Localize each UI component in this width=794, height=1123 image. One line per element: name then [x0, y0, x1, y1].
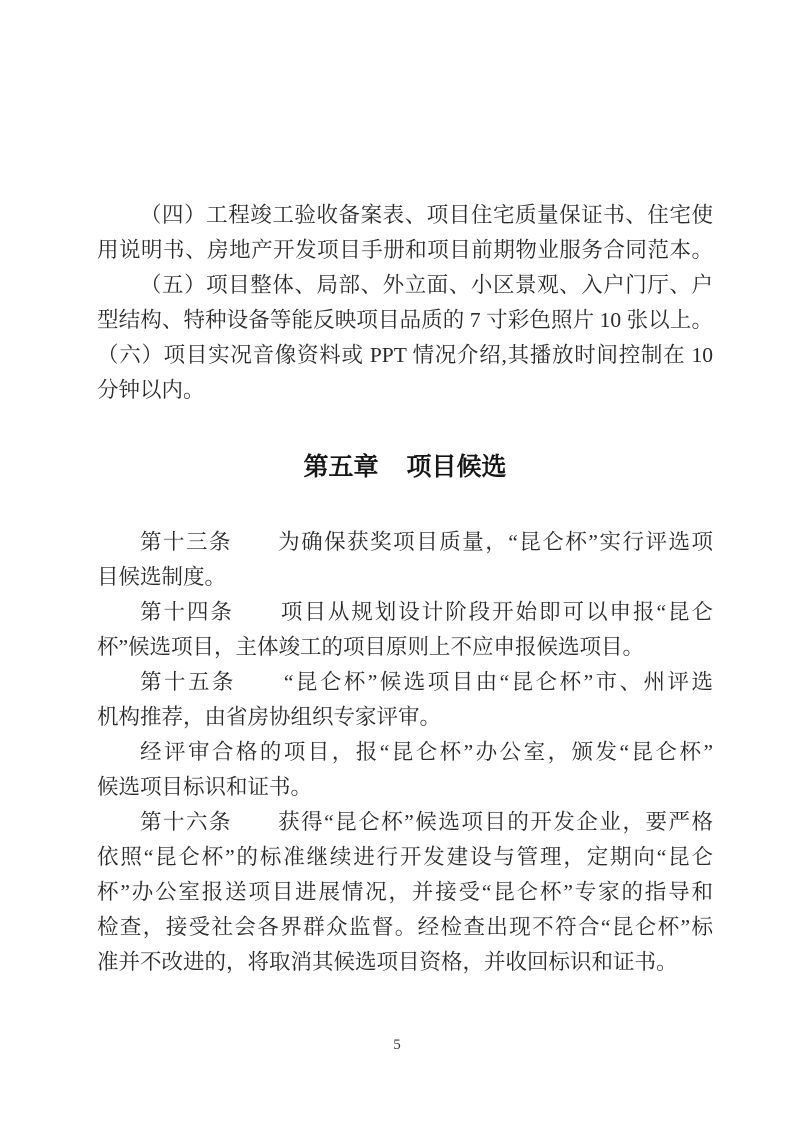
text-line: 杯”候选项目，主体竣工的项目原则上不应申报候选项目。: [97, 630, 713, 665]
document-body: （四）工程竣工验收备案表、项目住宅质量保证书、住宅使 用说明书、房地产开发项目手…: [97, 198, 713, 980]
text-line: （六）项目实况音像资料或 PPT 情况介绍,其播放时间控制在 10: [97, 338, 713, 373]
text-line: 准并不改进的，将取消其候选项目资格，并收回标识和证书。: [97, 945, 713, 980]
text-line: （四）工程竣工验收备案表、项目住宅质量保证书、住宅使: [97, 198, 713, 233]
text-line: 依照“昆仑杯”的标准继续进行开发建设与管理，定期向“昆仑: [97, 840, 713, 875]
paragraph-article-15: 第十五条 “昆仑杯”候选项目由“昆仑杯”市、州评选 机构推荐，由省房协组织专家评…: [97, 665, 713, 735]
text-line: 用说明书、房地产开发项目手册和项目前期物业服务合同范本。: [97, 233, 713, 268]
paragraph-article-14: 第十四条 项目从规划设计阶段开始即可以申报“昆仑 杯”候选项目，主体竣工的项目原…: [97, 595, 713, 665]
page-number: 5: [0, 1034, 794, 1056]
chapter-heading: 第五章项目候选: [97, 450, 713, 485]
document-page: （四）工程竣工验收备案表、项目住宅质量保证书、住宅使 用说明书、房地产开发项目手…: [0, 0, 794, 1123]
text-line: 目候选制度。: [97, 560, 713, 595]
text-line: 候选项目标识和证书。: [97, 770, 713, 805]
text-line: 型结构、特种设备等能反映项目品质的 7 寸彩色照片 10 张以上。: [97, 303, 713, 338]
paragraph-review-result: 经评审合格的项目，报“昆仑杯”办公室，颁发“昆仑杯” 候选项目标识和证书。: [97, 735, 713, 805]
text-line: （五）项目整体、局部、外立面、小区景观、入户门厅、户: [97, 268, 713, 303]
text-line: 第十三条 为确保获奖项目质量，“昆仑杯”实行评选项: [97, 525, 713, 560]
chapter-title: 项目候选: [407, 453, 507, 481]
text-line: 第十四条 项目从规划设计阶段开始即可以申报“昆仑: [97, 595, 713, 630]
paragraph-item-4: （四）工程竣工验收备案表、项目住宅质量保证书、住宅使 用说明书、房地产开发项目手…: [97, 198, 713, 268]
text-line: 第十六条 获得“昆仑杯”候选项目的开发企业，要严格: [97, 805, 713, 840]
text-line: 分钟以内。: [97, 373, 713, 408]
text-line: 经评审合格的项目，报“昆仑杯”办公室，颁发“昆仑杯”: [97, 735, 713, 770]
paragraph-item-6: （六）项目实况音像资料或 PPT 情况介绍,其播放时间控制在 10 分钟以内。: [97, 338, 713, 408]
paragraph-article-16: 第十六条 获得“昆仑杯”候选项目的开发企业，要严格 依照“昆仑杯”的标准继续进行…: [97, 805, 713, 980]
paragraph-item-5: （五）项目整体、局部、外立面、小区景观、入户门厅、户 型结构、特种设备等能反映项…: [97, 268, 713, 338]
text-line: 检查，接受社会各界群众监督。经检查出现不符合“昆仑杯”标: [97, 910, 713, 945]
text-line: 第十五条 “昆仑杯”候选项目由“昆仑杯”市、州评选: [97, 665, 713, 700]
text-line: 机构推荐，由省房协组织专家评审。: [97, 700, 713, 735]
paragraph-article-13: 第十三条 为确保获奖项目质量，“昆仑杯”实行评选项 目候选制度。: [97, 525, 713, 595]
chapter-number: 第五章: [303, 453, 378, 481]
text-line: 杯”办公室报送项目进展情况，并接受“昆仑杯”专家的指导和: [97, 875, 713, 910]
